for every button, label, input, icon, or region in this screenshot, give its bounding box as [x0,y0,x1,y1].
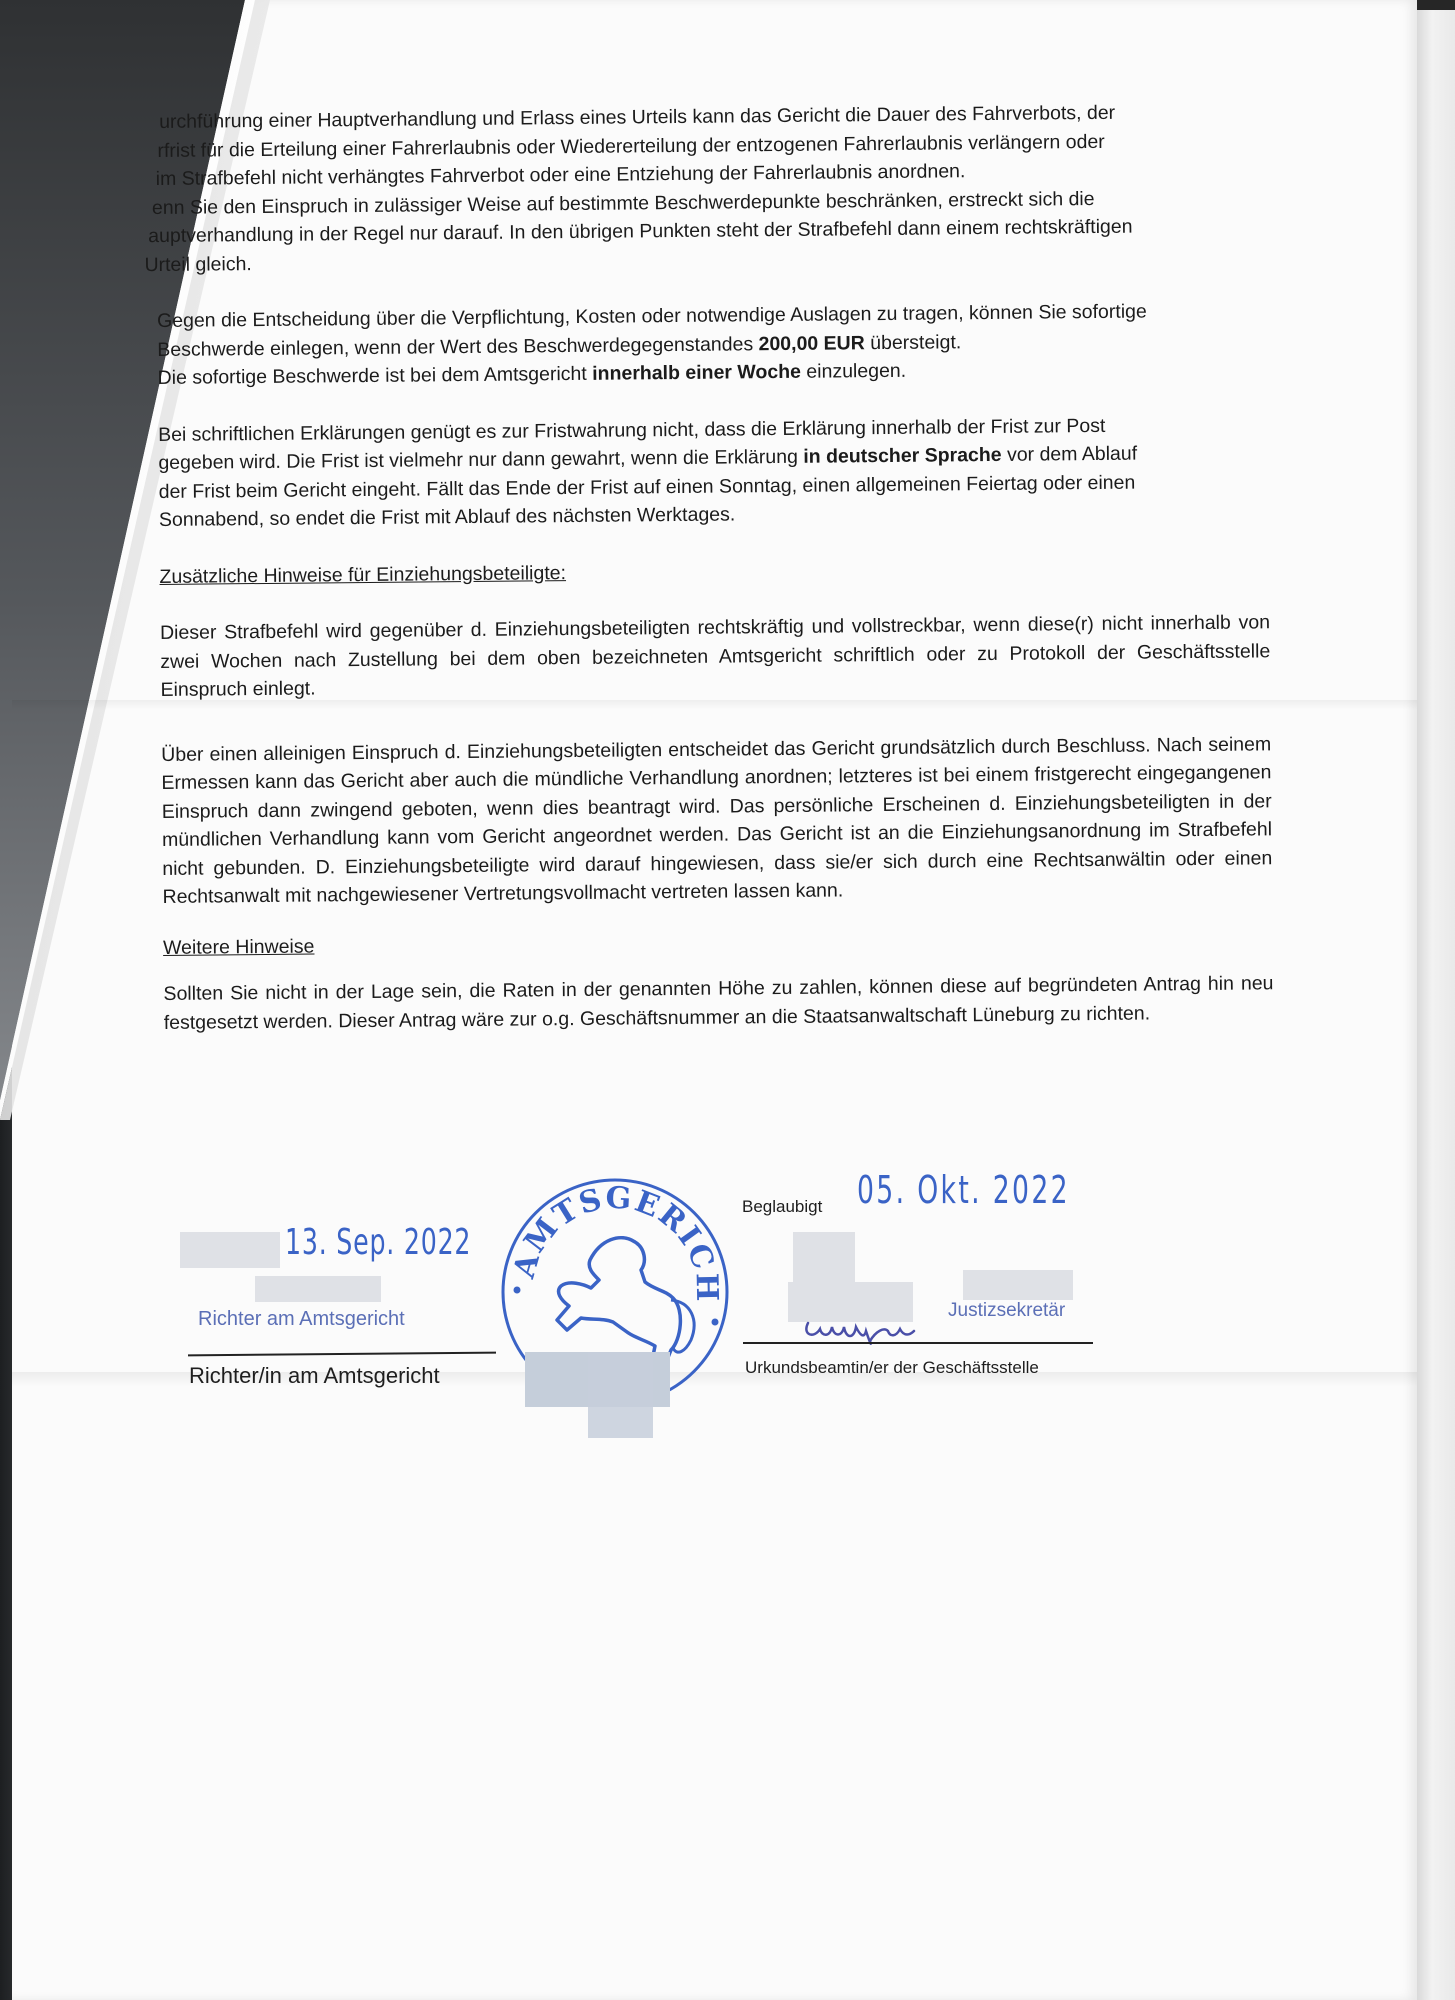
judge-date-stamp: 13. Sep. 2022 [285,1222,471,1263]
text-fragment: Beschwerde einlegen, wenn der Wert des B… [157,333,758,361]
certified-label: Beglaubigt [742,1197,822,1217]
text-fragment: einzulegen. [801,360,906,383]
redacted-judge-name [255,1276,381,1302]
judge-title-stamp: Richter am Amtsgericht [198,1308,405,1331]
paragraph-ratenzahlung: Sollten Sie nicht in der Lage sein, die … [163,969,1273,1037]
heading-weitere-hinweise: Weitere Hinweise [163,923,1273,962]
page-edge-right [1417,0,1455,2000]
text-fragment: vor dem Ablauf [1001,443,1137,466]
text-fragment: Die sofortige Beschwerde ist bei dem Amt… [157,363,592,389]
text-fragment: gegeben wird. Die Frist ist vielmehr nur… [158,446,803,474]
text-fragment: übersteigt. [865,331,962,354]
clerk-signature-label: Urkundsbeamtin/er der Geschäftsstelle [745,1358,1039,1378]
handwritten-signature-icon [800,1305,920,1345]
redacted-seal-detail [588,1352,653,1438]
seal-text: AMTSGERICHT [495,1170,724,1304]
document-body: urchführung einer Hauptverhandlung und E… [155,97,1274,1065]
deadline-emphasis: innerhalb einer Woche [592,361,801,385]
amount-threshold: 200,00 EUR [758,332,864,355]
redacted-name [180,1232,280,1268]
paragraph-hauptverhandlung: urchführung einer Hauptverhandlung und E… [155,97,1267,279]
paragraph-fristwahrung: Bei schriftlichen Erklärungen genügt es … [158,410,1269,535]
judge-signature-label: Richter/in am Amtsgericht [189,1363,440,1389]
paragraph-einziehung-rechtskraft: Dieser Strafbefehl wird gegenüber d. Ein… [160,608,1271,704]
clerk-signature-line [743,1342,1093,1344]
svg-text:AMTSGERICHT: AMTSGERICHT [495,1170,724,1304]
paragraph-sofortige-beschwerde: Gegen die Entscheidung über die Verpflic… [157,296,1268,392]
redacted-clerk-name [793,1232,855,1282]
clerk-title-stamp: Justizsekretär [948,1300,1065,1322]
language-emphasis: in deutscher Sprache [803,444,1002,468]
clerk-date-stamp: 05. Okt. 2022 [857,1168,1070,1212]
paragraph-einziehung-beschluss: Über einen alleinigen Einspruch d. Einzi… [161,730,1273,912]
redacted-clerk-name [963,1270,1073,1300]
heading-einziehungsbeteiligte: Zusätzliche Hinweise für Einziehungsbete… [159,552,1269,591]
